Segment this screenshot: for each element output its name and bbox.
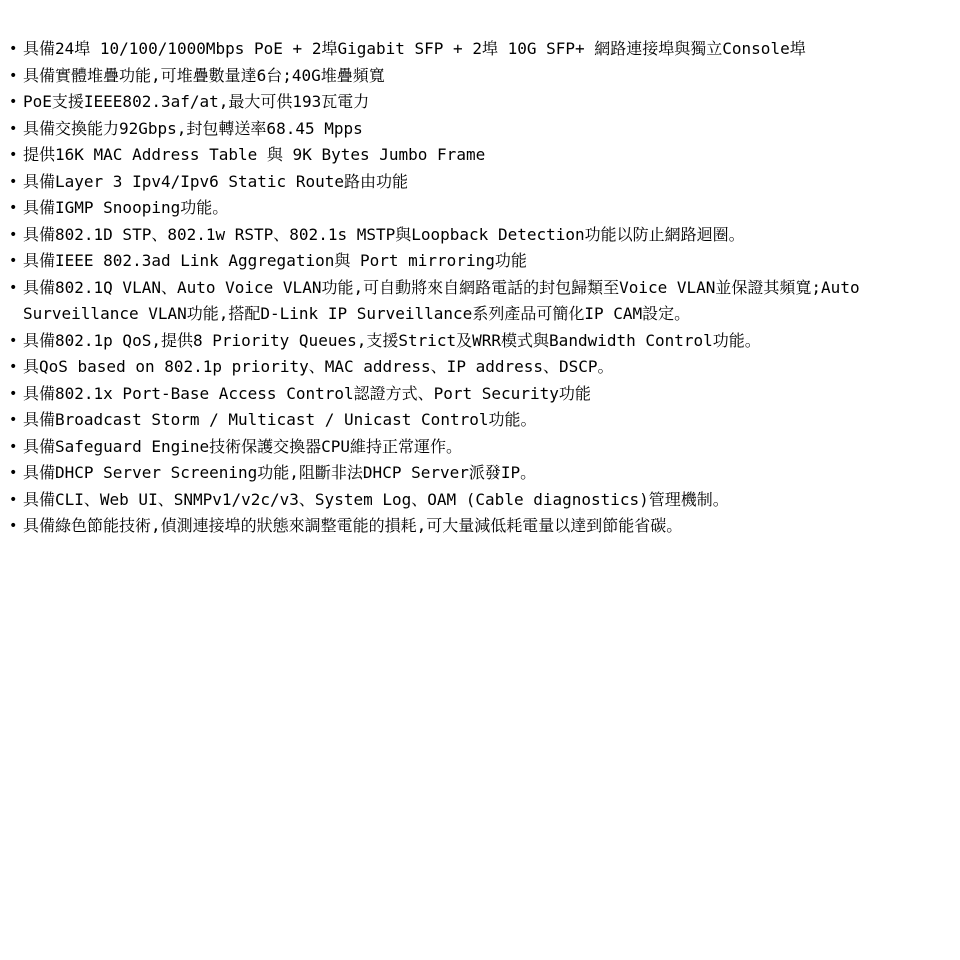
feature-item: 提供16K MAC Address Table 與 9K Bytes Jumbo… [23,142,956,169]
feature-item: 具備802.1Q VLAN、Auto Voice VLAN功能,可自動將來自網路… [23,275,956,328]
feature-item: 具備24埠 10/100/1000Mbps PoE + 2埠Gigabit SF… [23,36,956,63]
feature-item: 具備802.1p QoS,提供8 Priority Queues,支援Stric… [23,328,956,355]
feature-item: 具備Layer 3 Ipv4/Ipv6 Static Route路由功能 [23,169,956,196]
feature-spec-page: 具備24埠 10/100/1000Mbps PoE + 2埠Gigabit SF… [0,0,960,960]
feature-item: 具備802.1x Port-Base Access Control認證方式、Po… [23,381,956,408]
feature-item: 具備綠色節能技術,偵測連接埠的狀態來調整電能的損耗,可大量減低耗電量以達到節能省… [23,513,956,540]
feature-item: 具備IGMP Snooping功能。 [23,195,956,222]
feature-item: 具備CLI、Web UI、SNMPv1/v2c/v3、System Log、OA… [23,487,956,514]
feature-item: 具備交換能力92Gbps,封包轉送率68.45 Mpps [23,116,956,143]
feature-item: 具備802.1D STP、802.1w RSTP、802.1s MSTP與Loo… [23,222,956,249]
feature-item: 具備Safeguard Engine技術保護交換器CPU維持正常運作。 [23,434,956,461]
feature-item: 具備DHCP Server Screening功能,阻斷非法DHCP Serve… [23,460,956,487]
feature-item: PoE支援IEEE802.3af/at,最大可供193瓦電力 [23,89,956,116]
feature-item: 具備實體堆疊功能,可堆疊數量達6台;40G堆疊頻寬 [23,63,956,90]
feature-list: 具備24埠 10/100/1000Mbps PoE + 2埠Gigabit SF… [0,0,960,540]
feature-item: 具QoS based on 802.1p priority、MAC addres… [23,354,956,381]
feature-item: 具備IEEE 802.3ad Link Aggregation與 Port mi… [23,248,956,275]
feature-item: 具備Broadcast Storm / Multicast / Unicast … [23,407,956,434]
